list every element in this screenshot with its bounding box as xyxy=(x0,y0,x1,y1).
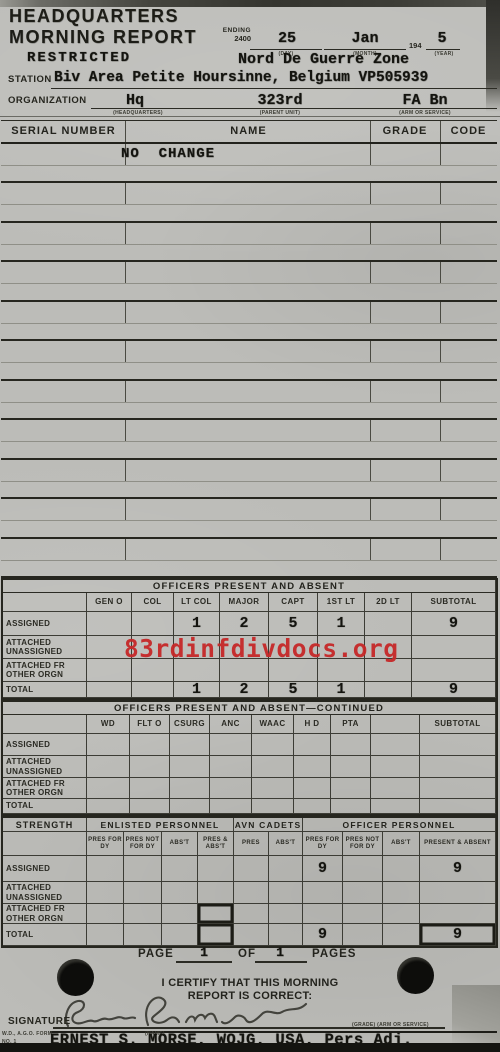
roster-col-serial: SERIAL NUMBER xyxy=(1,125,126,137)
table-cell: 9 xyxy=(420,856,496,882)
table-cell xyxy=(170,799,210,814)
pages-total-underline xyxy=(255,961,307,963)
table-cell xyxy=(303,904,343,924)
table-cell xyxy=(87,682,132,698)
station-underline xyxy=(51,88,497,90)
roster-row xyxy=(1,499,497,538)
table-cell xyxy=(162,856,198,882)
table-cell xyxy=(170,756,210,778)
table-cell xyxy=(198,856,234,882)
column-divider xyxy=(370,183,371,204)
table-cell xyxy=(269,904,303,924)
pages-label: PAGES xyxy=(312,948,356,960)
table-cell xyxy=(303,882,343,904)
row-label: ATTACHED UNASSIGNED xyxy=(3,882,87,904)
column-header-corner xyxy=(3,593,87,612)
table-cell xyxy=(252,778,294,799)
table-cell xyxy=(87,924,124,946)
table-cell xyxy=(420,799,496,814)
table-cell: 1 xyxy=(174,682,220,698)
table-corner-label: STRENGTH xyxy=(3,818,87,832)
ending-label: ENDING xyxy=(219,27,251,34)
table-cell xyxy=(130,734,170,756)
roster-row-upper xyxy=(1,341,497,363)
column-divider xyxy=(125,223,126,244)
table-cell xyxy=(420,882,496,904)
page-number: 1 xyxy=(178,945,230,960)
column-header: ABS'T xyxy=(383,832,420,856)
table-cell: 1 xyxy=(318,682,365,698)
pages-total: 1 xyxy=(258,945,302,960)
roster-row-upper xyxy=(1,223,497,245)
row-label: ATTACHED FR OTHER ORGN xyxy=(3,659,87,682)
date-year-label: (YEAR) xyxy=(424,51,464,57)
table-cell xyxy=(252,734,294,756)
table-cell: 9 xyxy=(303,856,343,882)
roster-row: NO CHANGE xyxy=(1,144,497,183)
table-cell xyxy=(371,778,420,799)
table-cell xyxy=(198,904,234,924)
roster-row xyxy=(1,381,497,420)
column-divider xyxy=(440,539,441,560)
column-header: WAAC xyxy=(252,715,294,734)
scan-edge-bottom xyxy=(0,1043,500,1052)
table-cell xyxy=(383,924,420,946)
column-header: ANC xyxy=(210,715,252,734)
table-cell xyxy=(420,778,496,799)
table-cell xyxy=(383,882,420,904)
roster-col-code: CODE xyxy=(440,125,497,137)
table-cell xyxy=(124,924,162,946)
roster-row xyxy=(1,460,497,499)
organization-underline xyxy=(91,108,497,110)
table-cell xyxy=(420,904,496,924)
roster-row-upper xyxy=(1,381,497,403)
table-cell xyxy=(87,799,130,814)
table-cell xyxy=(294,734,331,756)
organization-label: ORGANIZATION xyxy=(8,95,87,106)
column-divider xyxy=(125,341,126,362)
column-header: COL xyxy=(132,593,174,612)
station-value: Biv Area Petite Hoursinne, Belgium VP505… xyxy=(54,70,428,86)
column-header: SUBTOTAL xyxy=(420,715,496,734)
column-header: FLT O xyxy=(130,715,170,734)
column-divider xyxy=(440,121,441,142)
date-year-value: 5 xyxy=(427,30,457,47)
roster-entry-no-change: NO CHANGE xyxy=(121,146,215,162)
table-cell xyxy=(130,778,170,799)
column-divider xyxy=(440,223,441,244)
table-cell: 2 xyxy=(220,612,269,636)
roster-col-grade: GRADE xyxy=(370,125,440,137)
column-header: GEN O xyxy=(87,593,132,612)
group-header: OFFICER PERSONNEL xyxy=(303,818,496,832)
column-header: H D xyxy=(294,715,331,734)
table-cell xyxy=(170,734,210,756)
signature-handwriting xyxy=(55,992,315,1034)
column-header: PRES FOR DY xyxy=(303,832,343,856)
headquarters-heading: HEADQUARTERS xyxy=(9,6,179,27)
roster-row xyxy=(1,420,497,459)
table-cell xyxy=(132,612,174,636)
table-cell xyxy=(87,612,132,636)
column-divider xyxy=(440,183,441,204)
row-label: ASSIGNED xyxy=(3,734,87,756)
table-cell xyxy=(343,882,383,904)
station-label: STATION xyxy=(8,74,52,85)
year-prefix: 194 xyxy=(409,41,422,50)
row-label: TOTAL xyxy=(3,924,87,946)
table-cell: 1 xyxy=(174,612,220,636)
table-cell xyxy=(210,756,252,778)
column-header: CAPT xyxy=(269,593,318,612)
roster-row-upper xyxy=(1,539,497,561)
table-cell xyxy=(343,924,383,946)
row-label: TOTAL xyxy=(3,682,87,698)
table-cell xyxy=(331,799,371,814)
table-cell xyxy=(331,734,371,756)
table-cell xyxy=(132,682,174,698)
table-cell: 1 xyxy=(318,612,365,636)
column-divider xyxy=(370,381,371,402)
ending-block: ENDING 2400 xyxy=(219,27,251,43)
column-header: ABS'T xyxy=(269,832,303,856)
table-cell: 9 xyxy=(420,924,496,946)
roster-row xyxy=(1,341,497,380)
roster-row-upper xyxy=(1,302,497,324)
scan-edge-right xyxy=(486,0,500,112)
table-cell xyxy=(198,882,234,904)
column-header: MAJOR xyxy=(220,593,269,612)
table-cell xyxy=(269,924,303,946)
column-divider xyxy=(370,341,371,362)
roster-col-name: NAME xyxy=(126,125,371,137)
classification-stamp: RESTRICTED xyxy=(27,50,131,66)
column-divider xyxy=(370,460,371,481)
table-cell xyxy=(420,734,496,756)
column-header: PRESENT & ABSENT xyxy=(420,832,496,856)
column-divider xyxy=(440,420,441,441)
column-divider xyxy=(440,302,441,323)
table-cell xyxy=(87,756,130,778)
table-cell: 5 xyxy=(269,682,318,698)
officers-continued-table: OFFICERS PRESENT AND ABSENT—CONTINUEDWDF… xyxy=(1,700,498,816)
table-cell xyxy=(234,904,269,924)
table-cell xyxy=(87,856,124,882)
table-cell xyxy=(87,882,124,904)
column-header: LT COL xyxy=(174,593,220,612)
table-cell xyxy=(234,882,269,904)
table-cell xyxy=(331,778,371,799)
table-cell: 9 xyxy=(412,612,496,636)
table-cell: 9 xyxy=(412,682,496,698)
column-divider xyxy=(125,460,126,481)
column-divider xyxy=(370,539,371,560)
table-cell: 2 xyxy=(220,682,269,698)
watermark: 83rdinfdivdocs.org xyxy=(124,634,399,663)
column-divider xyxy=(125,539,126,560)
date-day-value: 25 xyxy=(252,30,322,47)
roster-row-upper xyxy=(1,420,497,442)
row-label: ATTACHED UNASSIGNED xyxy=(3,636,87,659)
date-day-underline xyxy=(250,49,322,51)
table-title: OFFICERS PRESENT AND ABSENT—CONTINUED xyxy=(3,702,496,715)
roster-row-upper xyxy=(1,499,497,521)
table-cell xyxy=(124,856,162,882)
signature-ink xyxy=(55,992,315,1034)
org-parent-value: 323rd xyxy=(235,92,325,109)
column-divider xyxy=(440,381,441,402)
table-cell xyxy=(412,659,496,682)
table-cell xyxy=(269,882,303,904)
page-number-underline xyxy=(176,961,232,963)
column-divider xyxy=(125,499,126,520)
table-cell xyxy=(198,924,234,946)
table-cell xyxy=(371,756,420,778)
date-month-value: Jan xyxy=(325,30,405,47)
table-cell xyxy=(162,882,198,904)
roster-row-upper: NO CHANGE xyxy=(1,144,497,166)
date-year-underline xyxy=(426,49,460,51)
column-divider xyxy=(370,420,371,441)
table-cell xyxy=(252,756,294,778)
row-label: TOTAL xyxy=(3,799,87,814)
table-cell xyxy=(87,778,130,799)
column-header-corner xyxy=(3,715,87,734)
row-label: ATTACHED FR OTHER ORGN xyxy=(3,904,87,924)
table-title: OFFICERS PRESENT AND ABSENT xyxy=(3,580,496,593)
report-title: MORNING REPORT xyxy=(9,27,197,48)
column-divider xyxy=(440,262,441,283)
table-cell xyxy=(130,756,170,778)
punch-hole-right xyxy=(397,957,434,994)
strength-table: STRENGTHENLISTED PERSONNELAVN CADETSOFFI… xyxy=(1,816,498,948)
column-divider xyxy=(125,420,126,441)
roster-row xyxy=(1,302,497,341)
column-divider xyxy=(370,223,371,244)
column-divider xyxy=(125,121,126,142)
column-header: 2D LT xyxy=(365,593,412,612)
column-header: PRES xyxy=(234,832,269,856)
roster-row xyxy=(1,262,497,301)
column-divider xyxy=(125,262,126,283)
table-cell xyxy=(412,636,496,659)
table-cell xyxy=(383,904,420,924)
column-header: PRES FOR DY xyxy=(87,832,124,856)
table-cell xyxy=(124,904,162,924)
table-cell xyxy=(87,734,130,756)
column-divider xyxy=(370,302,371,323)
ending-time: 2400 xyxy=(219,34,251,43)
date-month-underline xyxy=(324,49,406,51)
table-cell xyxy=(371,799,420,814)
column-divider xyxy=(370,144,371,165)
column-header: PRES NOT FOR DY xyxy=(343,832,383,856)
roster-header-row: SERIAL NUMBER NAME GRADE CODE xyxy=(1,120,497,144)
table-cell xyxy=(331,756,371,778)
roster-row-upper xyxy=(1,460,497,482)
table-cell xyxy=(162,904,198,924)
table-cell xyxy=(252,799,294,814)
roster-row xyxy=(1,539,497,578)
table-cell: 5 xyxy=(269,612,318,636)
column-divider xyxy=(125,381,126,402)
row-label: ASSIGNED xyxy=(3,856,87,882)
roster-row-upper xyxy=(1,262,497,284)
row-label: ATTACHED UNASSIGNED xyxy=(3,756,87,778)
group-header: ENLISTED PERSONNEL xyxy=(87,818,234,832)
of-label: OF xyxy=(238,948,256,960)
table-cell xyxy=(210,734,252,756)
table-cell xyxy=(383,856,420,882)
table-cell xyxy=(210,799,252,814)
column-divider xyxy=(370,121,371,142)
roster-row xyxy=(1,183,497,222)
column-divider xyxy=(125,183,126,204)
table-cell xyxy=(365,612,412,636)
row-label: ASSIGNED xyxy=(3,612,87,636)
column-header: PRES & ABS'T xyxy=(198,832,234,856)
table-cell xyxy=(294,799,331,814)
morning-report-document: HEADQUARTERS MORNING REPORT ENDING 2400 … xyxy=(0,0,500,1052)
roster-row-upper xyxy=(1,183,497,205)
grade-sublabel: (GRADE) (ARM OR SERVICE) xyxy=(352,1022,497,1028)
roster-rows: NO CHANGE xyxy=(1,144,497,578)
row-label: ATTACHED FR OTHER ORGN xyxy=(3,778,87,799)
table-cell xyxy=(420,756,496,778)
table-cell xyxy=(210,778,252,799)
table-cell xyxy=(365,682,412,698)
column-header: SUBTOTAL xyxy=(412,593,496,612)
column-divider xyxy=(370,262,371,283)
table-cell xyxy=(234,924,269,946)
table-cell xyxy=(343,904,383,924)
table-cell xyxy=(87,904,124,924)
page-label: PAGE xyxy=(138,948,174,960)
column-header: CSURG xyxy=(170,715,210,734)
column-header-corner xyxy=(3,832,87,856)
table-cell xyxy=(162,924,198,946)
org-arm-value: FA Bn xyxy=(385,92,465,109)
column-header: 1ST LT xyxy=(318,593,365,612)
table-cell xyxy=(234,856,269,882)
column-divider xyxy=(440,144,441,165)
table-cell: 9 xyxy=(303,924,343,946)
table-cell xyxy=(124,882,162,904)
table-cell xyxy=(294,756,331,778)
org-unit-value: Hq xyxy=(105,92,165,109)
zone-value: Nord De Guerre Zone xyxy=(238,51,409,68)
table-cell xyxy=(371,734,420,756)
column-divider xyxy=(440,499,441,520)
column-divider xyxy=(125,302,126,323)
table-cell xyxy=(343,856,383,882)
certify-line1: I CERTIFY THAT THIS MORNING xyxy=(110,977,390,990)
column-divider xyxy=(440,341,441,362)
table-cell xyxy=(130,799,170,814)
table-cell xyxy=(294,778,331,799)
column-header: WD xyxy=(87,715,130,734)
roster-top-rule xyxy=(0,116,500,117)
column-divider xyxy=(370,499,371,520)
column-header: ABS'T xyxy=(162,832,198,856)
roster-row xyxy=(1,223,497,262)
punch-hole-left xyxy=(57,959,94,996)
table-cell xyxy=(269,856,303,882)
column-header: PRES NOT FOR DY xyxy=(124,832,162,856)
column-header: PTA xyxy=(331,715,371,734)
table-cell xyxy=(170,778,210,799)
scan-edge-bottom-right xyxy=(452,985,500,1045)
column-divider xyxy=(440,460,441,481)
group-header: AVN CADETS xyxy=(234,818,303,832)
column-header xyxy=(371,715,420,734)
